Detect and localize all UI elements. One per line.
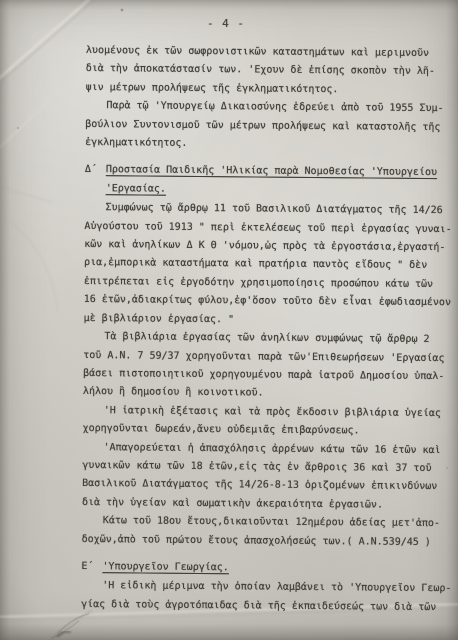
- text-line: Τὰ βιβλιάρια ἐργασίας τῶν ἀνηλίκων συμφώ…: [83, 328, 445, 350]
- document-body: λυομένους ἐκ τῶν σωφρονιστικῶν καταστημά…: [81, 42, 448, 617]
- scanned-document-page: - 4 - λυομένους ἐκ τῶν σωφρονιστικῶν κατ…: [0, 0, 458, 640]
- section-label: Δ΄: [85, 161, 97, 180]
- paragraph: 'Η ἰατρικὴ ἐξέτασις καὶ τὰ πρὸς ἔκδοσιν …: [83, 402, 445, 442]
- top-edge-shadow: [0, 0, 458, 10]
- text-line: δοχῶν,ἀπὸ τοῦ πρώτου ἔτους ἀπασχολήσεώς …: [82, 531, 444, 553]
- left-edge-shadow: [0, 0, 10, 640]
- paragraph: Παρὰ τῷ 'Υπουργείῳ Δικαιοσύνης ἑδρεύει ἀ…: [85, 97, 447, 155]
- section-heading: Δ΄Προστασία Παιδικῆς 'Ηλικίας παρὰ Νομοθ…: [85, 161, 447, 201]
- paragraph: Συμφώνως τῷ ἄρθρῳ 11 τοῦ Βασιλικοῦ Διατά…: [84, 199, 447, 331]
- section-label: Ε΄: [81, 558, 93, 577]
- page-number: - 4 -: [196, 17, 256, 30]
- heading-line: 'Εργασίας.: [106, 180, 447, 201]
- right-edge-shadow: [446, 0, 458, 640]
- bottom-edge-shadow: [0, 624, 458, 640]
- paragraph: Κάτω τοῦ 18ου ἔτους,δικαιοῦνται 12ημέρου…: [82, 512, 444, 552]
- paragraph: 'Απαγορεύεται ἡ ἀπασχόλησις ἀρρένων κάτω…: [82, 439, 445, 516]
- paragraph: 'Η εἰδικὴ μέριμνα τὴν ὁποίαν λαμβάνει τὸ…: [81, 577, 443, 617]
- heading-line: 'Υπουργεῖον Γεωργίας.: [102, 558, 443, 579]
- text-line: γίας διὰ τοὺς ἀγροτόπαιδας διὰ τῆς ἐκπαι…: [81, 596, 443, 618]
- section-heading: Ε΄'Υπουργεῖον Γεωργίας.: [81, 558, 443, 580]
- paragraph: Τὰ βιβλιάρια ἐργασίας τῶν ἀνηλίκων συμφώ…: [83, 328, 446, 405]
- paragraph: λυομένους ἐκ τῶν σωφρονιστικῶν καταστημά…: [86, 42, 448, 100]
- text-line: χορηγοῦνται δωρεάν,ἄνευ οὐδεμιᾶς ἐπιβαρύ…: [83, 420, 445, 442]
- pencil-scribble-mark: [50, 611, 92, 640]
- text-line: ἐγκληματικότητος.: [85, 134, 447, 156]
